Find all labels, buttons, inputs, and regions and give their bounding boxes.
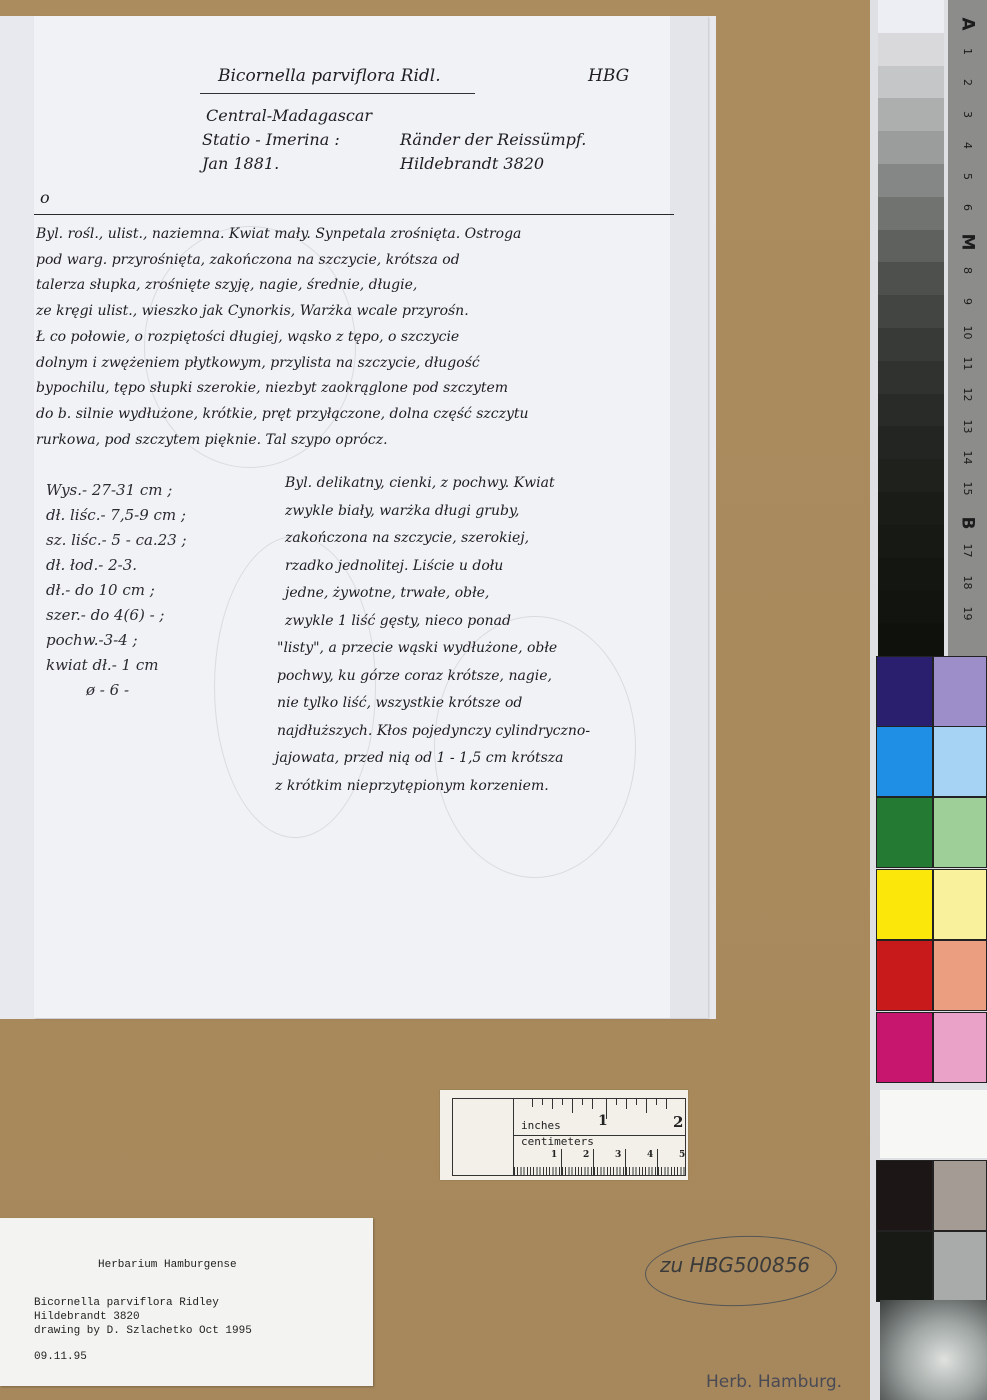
color-patch-dark [876, 1231, 933, 1302]
description-paragraph: Byl. rośl., ulist., naziemna. Kwiat mały… [36, 222, 666, 453]
grey-step [878, 164, 944, 197]
title-underline [200, 93, 475, 94]
description-line: zwykle biały, warżka długi gruby, [285, 498, 590, 526]
marker-symbol: o [40, 188, 50, 207]
grey-step [878, 459, 944, 492]
description-line: rzadko jednolitej. Liście u dołu [285, 553, 590, 581]
measurement: ø - 6 - [46, 678, 187, 703]
grey-step [878, 590, 944, 623]
white-patch [880, 1090, 987, 1158]
cm-mark: 1 [551, 1150, 557, 1160]
description-line: Byl. delikatny, cienki, z pochwy. Kwiat [285, 470, 590, 498]
grey-step [878, 33, 944, 66]
grey-step [878, 262, 944, 295]
label-species: Bicornella parviflora Ridley [34, 1297, 219, 1309]
ruler-frame: inches centimeters 1 2 1 2 3 4 5 [452, 1098, 686, 1176]
grey-step [878, 0, 944, 33]
color-patch-light [933, 726, 987, 797]
measurement: dł. łod.- 2-3. [46, 553, 187, 578]
description-line: "listy", a przecie wąski wydłużone, obłe [277, 635, 590, 663]
locality-region: Central-Madagascar [206, 106, 372, 125]
sheet-fold [670, 16, 708, 1018]
description-line: najdłuższych. Kłos pojedynczy cylindrycz… [277, 718, 590, 746]
grey-step [878, 230, 944, 263]
cm-mark: 5 [679, 1150, 685, 1160]
paragraph-line: talerza słupka, zrośnięte szyję, nagie, … [36, 273, 666, 299]
color-patch-dark [876, 869, 933, 940]
grey-step [878, 295, 944, 328]
description-line: jedne, żywotne, trwałe, obłe, [285, 580, 590, 608]
inches-label: inches [521, 1119, 561, 1132]
color-patch-light [933, 1231, 987, 1302]
grey-step [878, 394, 944, 427]
grey-step [878, 98, 944, 131]
paragraph-line: Ł co połowie, o rozpiętości długiej, wąs… [36, 325, 666, 351]
locality-detail: Ränder der Reissümpf. [400, 130, 586, 149]
color-patch-dark [876, 656, 933, 727]
measurement: dł. liśc.- 7,5-9 cm ; [46, 503, 187, 528]
section-divider [34, 214, 674, 215]
centimeters-label: centimeters [521, 1135, 594, 1148]
collector-number: Hildebrandt 3820 [400, 154, 544, 173]
collection-date: Jan 1881. [202, 154, 279, 173]
grey-step [878, 623, 944, 656]
specimen-title: Bicornella parviflora Ridl. [218, 66, 441, 86]
color-patch-light [933, 869, 987, 940]
cm-mark: 3 [615, 1150, 621, 1160]
label-drawing: drawing by D. Szlachetko Oct 1995 [34, 1325, 252, 1337]
color-patch-dark [876, 1160, 933, 1231]
scale-label: 15 [961, 469, 974, 508]
measurement: szer.- do 4(6) - ; [46, 603, 187, 628]
measurement: sz. liśc.- 5 - ca.23 ; [46, 528, 187, 553]
measurements-list: Wys.- 27-31 cm ; dł. liśc.- 7,5-9 cm ; s… [46, 478, 187, 703]
measurement: dł.- do 10 cm ; [46, 578, 187, 603]
measurement: kwiat dł.- 1 cm [46, 653, 187, 678]
measurement: Wys.- 27-31 cm ; [46, 478, 187, 503]
description-line: nie tylko liść, wszystkie krótsze od [277, 690, 590, 718]
grey-step [878, 558, 944, 591]
ruler-blank [453, 1099, 514, 1175]
color-patch-dark [876, 797, 933, 868]
paragraph-line: rurkowa, pod szczytem pięknie. Tal szypo… [36, 428, 666, 454]
paragraph-line: do b. silnie wydłużone, krótkie, pręt pr… [36, 402, 666, 428]
paragraph-line: bypochilu, tępo słupki szerokie, niezbyt… [36, 376, 666, 402]
grey-step [878, 131, 944, 164]
measurement: pochw.-3-4 ; [46, 628, 187, 653]
paragraph-line: dolnym i zwężeniem płytkowym, przylista … [36, 351, 666, 377]
color-patch-light [933, 940, 987, 1011]
cm-mark: 4 [647, 1150, 653, 1160]
herbarium-label: Herbarium Hamburgense Bicornella parvifl… [0, 1218, 373, 1386]
inch-mark-2: 2 [673, 1113, 683, 1131]
scale-label: 6 [961, 188, 974, 227]
description-line: z krótkim nieprzytępionym korzeniem. [275, 773, 590, 801]
scale-ruler: inches centimeters 1 2 1 2 3 4 5 [440, 1090, 688, 1180]
mm-ticks [514, 1167, 685, 1175]
grey-step [878, 197, 944, 230]
grey-scale-steps [878, 0, 944, 656]
color-patch-light [933, 1160, 987, 1231]
paragraph-line: ze kręgi ulist., wieszko jak Cynorkis, W… [36, 299, 666, 325]
color-patch-light [933, 1012, 987, 1083]
description-line: zakończona na szczycie, szerokiej, [285, 525, 590, 553]
herbarium-code: HBG [588, 66, 629, 86]
locality-station: Statio - Imerina : [202, 130, 340, 149]
paragraph-line: Byl. rośl., ulist., naziemna. Kwiat mały… [36, 222, 666, 248]
grey-step [878, 328, 944, 361]
grey-scale-labels: A123456M89101112131415B171819 [948, 0, 987, 656]
description-line: pochwy, ku górze coraz krótsze, nagie, [277, 663, 590, 691]
label-collector: Hildebrandt 3820 [34, 1311, 140, 1323]
color-patch-dark [876, 726, 933, 797]
description-line: zwykle 1 liść gęsty, nieco ponad [285, 608, 590, 636]
grey-step [878, 492, 944, 525]
herbarium-stamp: Herb. Hamburg. [706, 1372, 842, 1392]
label-header: Herbarium Hamburgense [98, 1259, 237, 1271]
description-column: Byl. delikatny, cienki, z pochwy. Kwiat … [285, 470, 590, 800]
chart-backing [880, 1300, 987, 1400]
color-patch-light [933, 797, 987, 868]
grey-step [878, 525, 944, 558]
color-patch-dark [876, 1012, 933, 1083]
paragraph-line: pod warg. przyrośnięta, zakończona na sz… [36, 248, 666, 274]
scale-label: 19 [961, 594, 974, 633]
color-patch-dark [876, 940, 933, 1011]
grey-step [878, 426, 944, 459]
description-line: jajowata, przed nią od 1 - 1,5 cm krótsz… [275, 745, 590, 773]
label-date: 09.11.95 [34, 1351, 87, 1363]
cm-mark: 2 [583, 1150, 589, 1160]
grey-step [878, 361, 944, 394]
color-patch-light [933, 656, 987, 727]
grey-step [878, 66, 944, 99]
barcode-note: zu HBG500856 [660, 1253, 810, 1277]
